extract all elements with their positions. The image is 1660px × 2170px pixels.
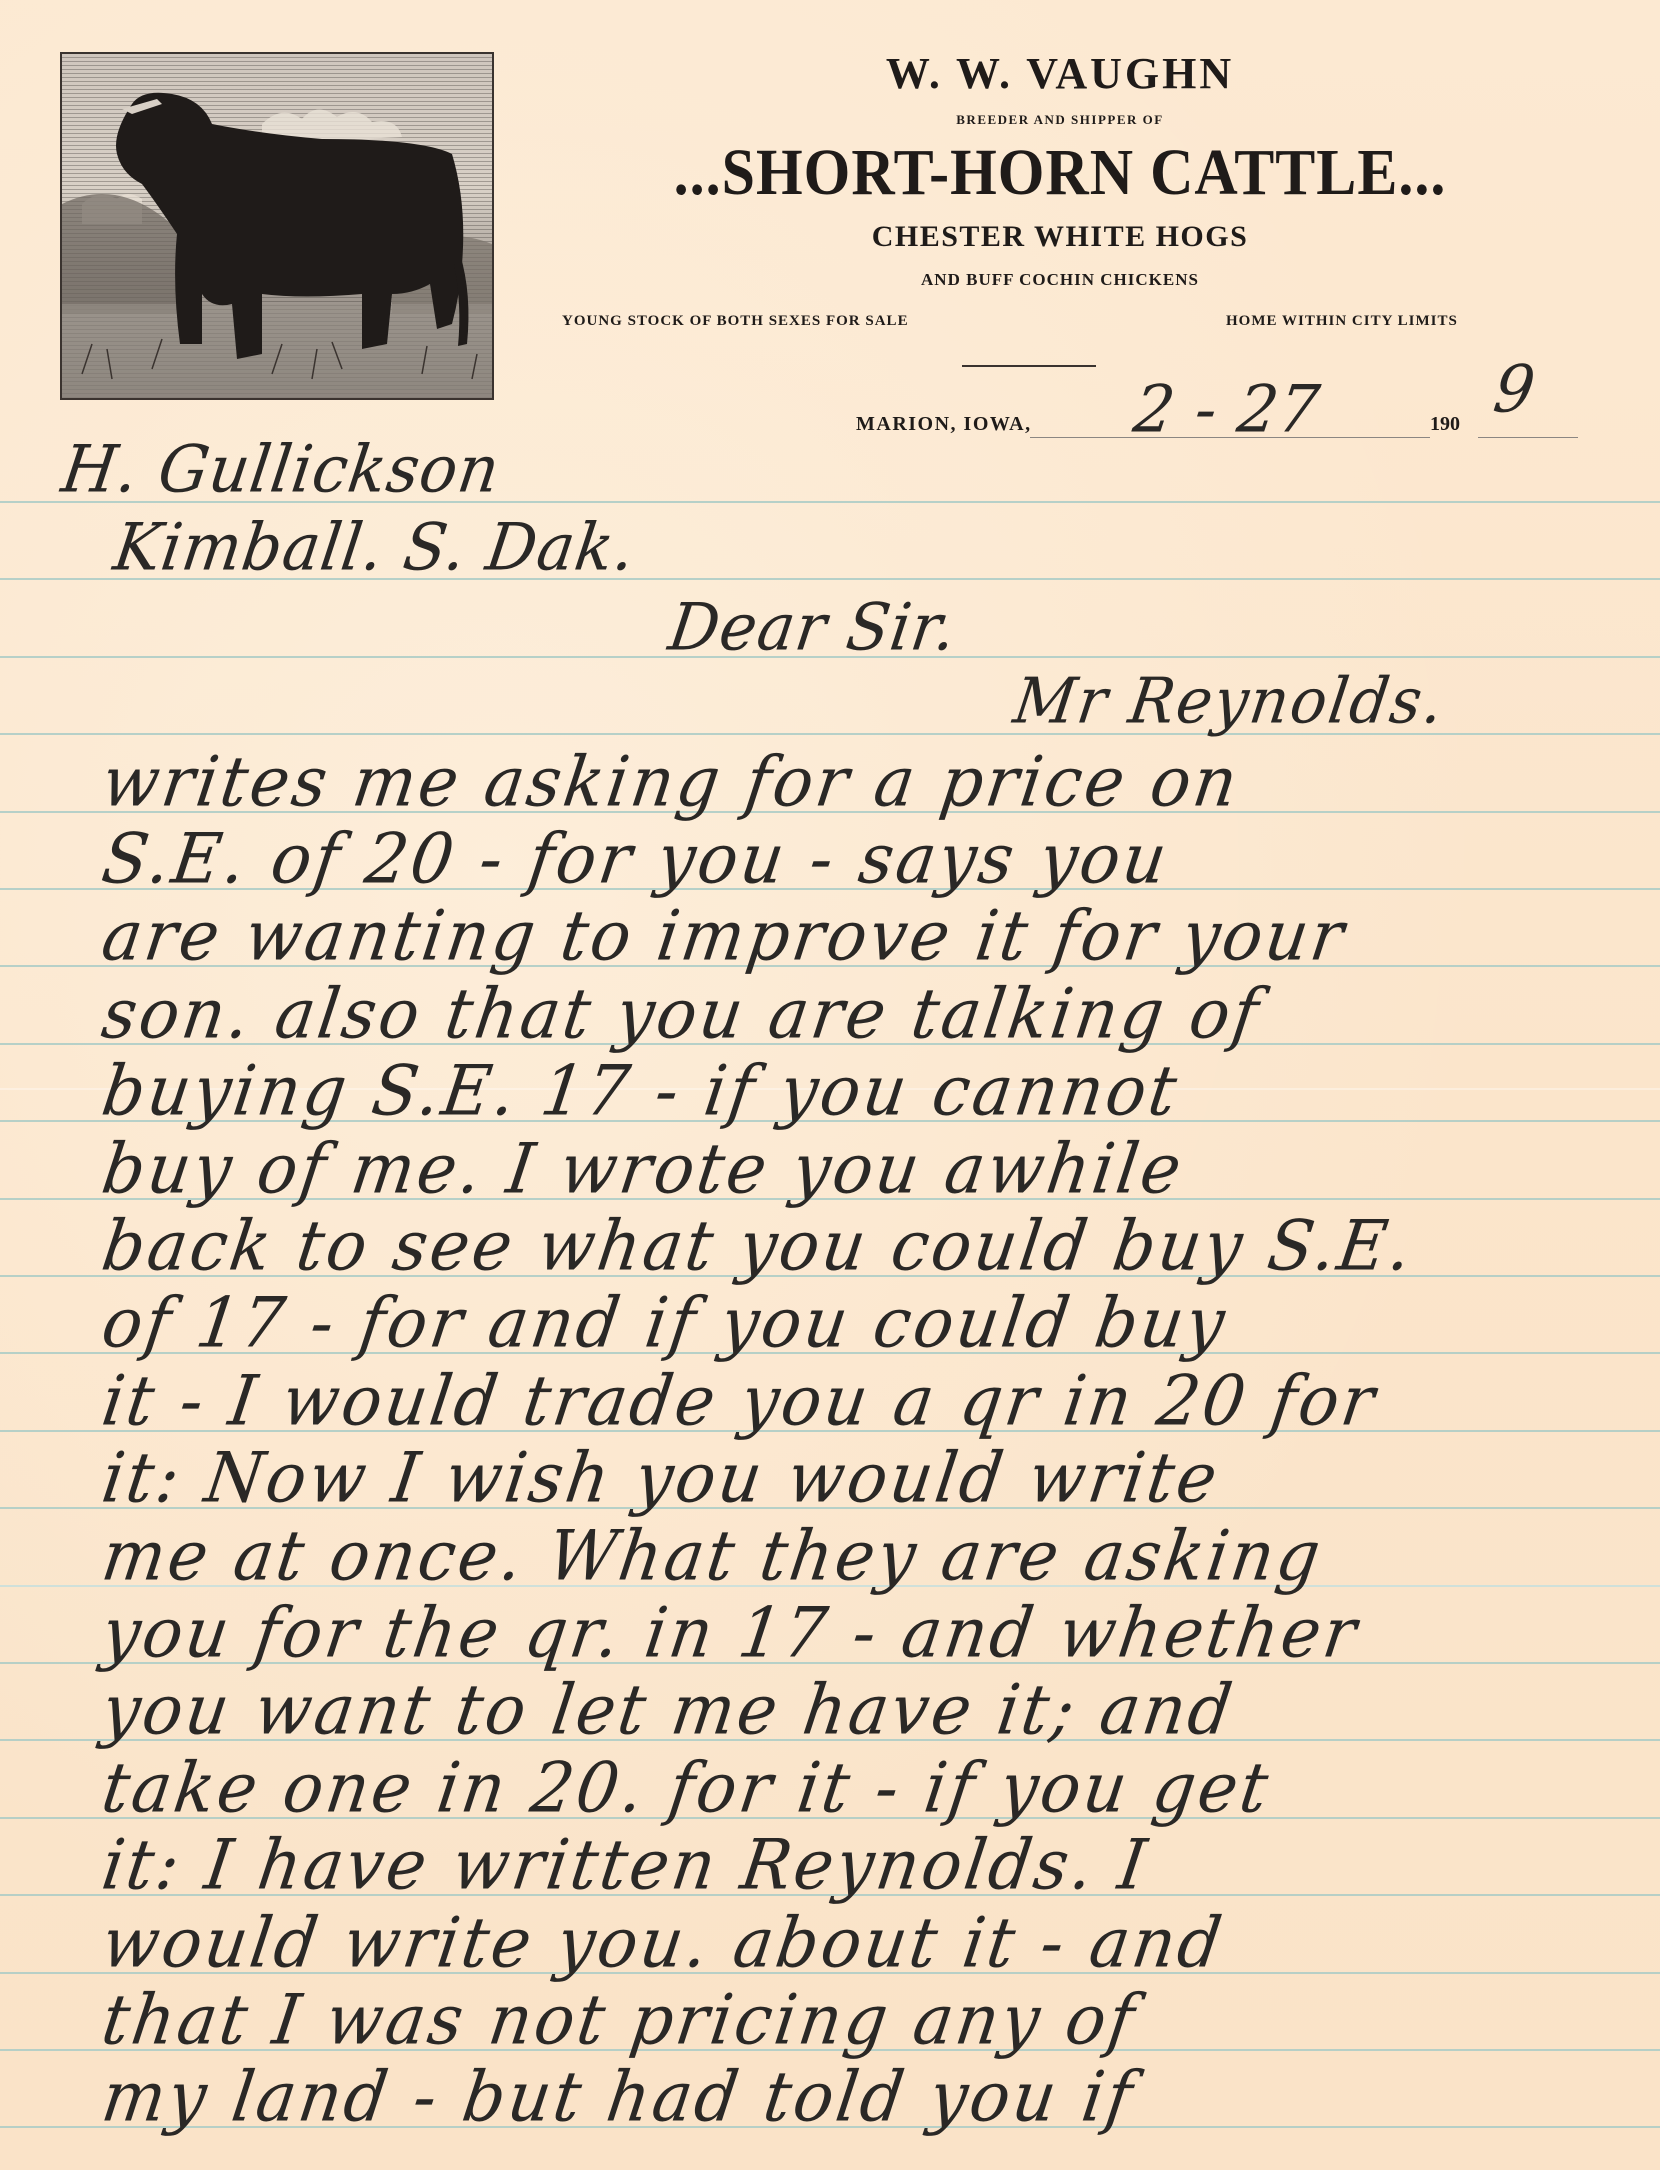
letter-line: that I was not pricing any of bbox=[98, 1986, 1141, 2055]
letterhead-divider bbox=[962, 365, 1096, 367]
letter-line: me at once. What they are asking bbox=[98, 1522, 1327, 1591]
letter-line: writes me asking for a price on bbox=[98, 748, 1244, 817]
bull-engraving-illustration bbox=[60, 52, 494, 400]
year-blank-line bbox=[1478, 437, 1578, 438]
letter-line: you for the qr. in 17 - and whether bbox=[98, 1599, 1363, 1668]
letterhead-right-note: HOME WITHIN CITY LIMITS bbox=[1226, 313, 1458, 330]
business-name: W. W. VAUGHN bbox=[560, 48, 1560, 99]
letter-line: it: I have written Reynolds. I bbox=[98, 1831, 1153, 1900]
business-subtitle: BREEDER AND SHIPPER OF bbox=[560, 112, 1560, 128]
place-label: MARION, IOWA, bbox=[856, 413, 1032, 436]
letter-line: are wanting to improve it for your bbox=[98, 902, 1351, 971]
letter-line: my land - but had told you if bbox=[98, 2063, 1139, 2132]
letter-line: back to see what you could buy S.E. bbox=[98, 1212, 1418, 1281]
letterhead-left-note: YOUNG STOCK OF BOTH SEXES FOR SALE bbox=[562, 313, 909, 330]
letter-line: it: Now I wish you would write bbox=[98, 1444, 1224, 1513]
letter-line: buying S.E. 17 - if you cannot bbox=[98, 1057, 1183, 1126]
business-line-chickens: AND BUFF COCHIN CHICKENS bbox=[560, 270, 1560, 290]
letter-line: son. also that you are talking of bbox=[98, 980, 1265, 1049]
letter-line: would write you. about it - and bbox=[98, 1909, 1228, 1978]
business-line-hogs: CHESTER WHITE HOGS bbox=[560, 220, 1560, 254]
salutation: Dear Sir. bbox=[665, 595, 961, 660]
bull-icon bbox=[62, 54, 492, 398]
letter-line: take one in 20. for it - if you get bbox=[98, 1754, 1275, 1823]
letter-line: buy of me. I wrote you awhile bbox=[98, 1135, 1188, 1204]
business-main-product: ...SHORT-HORN CATTLE... bbox=[560, 135, 1560, 211]
recipient-name: H. Gullickson bbox=[58, 437, 504, 502]
handwritten-date: 2 - 27 bbox=[1130, 377, 1324, 442]
letter-line: S.E. of 20 - for you - says you bbox=[98, 825, 1173, 894]
letter-line: it - I would trade you a qr in 20 for bbox=[98, 1367, 1381, 1436]
year-prefix: 190 bbox=[1430, 413, 1460, 436]
letter-line: of 17 - for and if you could buy bbox=[98, 1289, 1232, 1358]
letter-opening-line: Mr Reynolds. bbox=[1010, 670, 1449, 733]
recipient-address: Kimball. S. Dak. bbox=[110, 515, 639, 580]
letter-line: you want to let me have it; and bbox=[98, 1676, 1239, 1745]
